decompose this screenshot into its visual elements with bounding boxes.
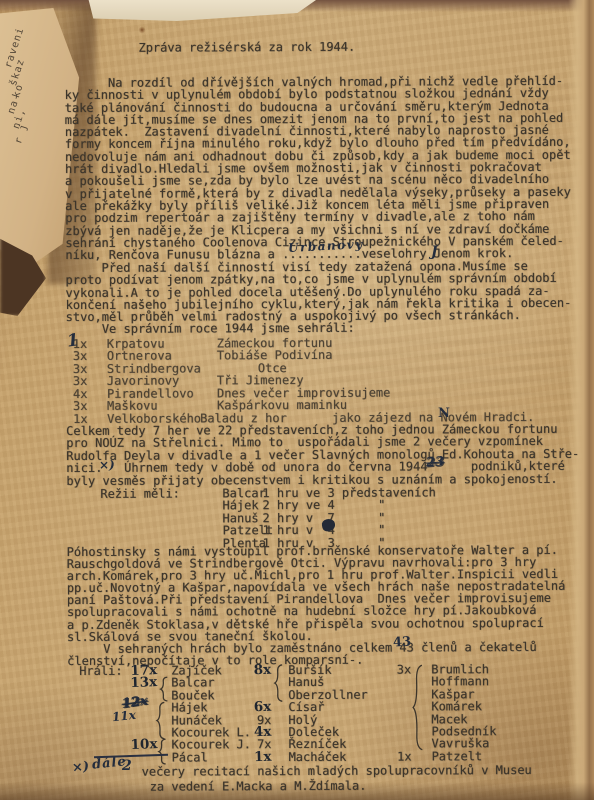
director-name: Hájek <box>222 500 258 512</box>
director-row: Patzelt 1 hru v 4 " <box>67 525 110 538</box>
actor-name: Oberzollner <box>288 688 368 700</box>
actor-name: Kocourek J. <box>171 739 251 751</box>
actor-name: Císař <box>288 701 324 713</box>
footnote-line-1: večery recitací našich mladých spoluprac… <box>142 763 532 779</box>
ink-corrected-count: 1 <box>66 330 80 351</box>
ink-overwritten-letter: N <box>438 406 450 421</box>
play-count: 3x <box>73 350 88 362</box>
ink-footnote-reference: ×) <box>99 458 115 472</box>
actor-name: Hunáček <box>171 714 222 726</box>
directors-table: Režii měli: Balcar 1 hru ve 3 představen… <box>66 488 110 550</box>
summary-paragraph: Celkem tedy 7 her ve 22 představeních,z … <box>66 423 579 487</box>
ink-overwritten-number: 43 <box>393 635 412 651</box>
paragraph-1: Na rozdíl od dřívějších valných hromad,p… <box>65 75 572 262</box>
ink-corrected-number: 23 <box>425 454 444 470</box>
play-author: Javorinovy <box>107 375 179 387</box>
ink-overwritten-number: 2 <box>122 758 132 774</box>
actor-name: Hoffmann <box>431 676 489 688</box>
actor-count: 3x <box>387 664 411 676</box>
play-title: Tři Jimenezy <box>217 374 304 386</box>
actor-name: Pácal <box>172 751 208 763</box>
actor-name: Řezníček <box>288 738 346 750</box>
play-count: 4x <box>73 388 88 400</box>
ink-corrected-count: 11x <box>111 708 136 724</box>
play-count: 3x <box>73 363 88 375</box>
play-count: 3x <box>73 375 88 387</box>
actor-name: Komárek <box>431 700 482 712</box>
actor-name: Patzelt <box>432 750 483 762</box>
directors-label: Režii měli: <box>100 488 180 500</box>
actor-name: Hájek <box>171 702 207 714</box>
director-row: Režii měli: Balcar 1 hru ve 3 představen… <box>66 488 109 501</box>
typed-report: Zpráva režisérská za rok 1944. Na rozdíl… <box>0 0 594 800</box>
play-title: Tobiáše Podivína <box>217 349 333 362</box>
play-author: Ortnerova <box>107 350 172 362</box>
footnote-line-2: za vedení E.Macka a M.Ždímala. <box>150 779 367 794</box>
play-author: Krpatovu <box>107 338 165 350</box>
play-count: 1x <box>73 413 88 425</box>
collaborators-paragraph: Póhostinsky s námi vystoupil prof.brněns… <box>67 544 566 667</box>
actors-label: Hráli: <box>79 665 122 677</box>
actor-name: Macháček <box>289 751 347 763</box>
actor-row: Pácal 1x Macháček 1x Patzelt <box>68 749 588 764</box>
report-title: Zpráva režisérská za rok 1944. <box>138 40 355 55</box>
actor-name: Hanuš <box>288 676 324 688</box>
book-photo: { "colors":{"paper":"#cbaa77","typed_ink… <box>0 0 594 800</box>
ink-overwritten-letter: J <box>431 244 438 260</box>
actor-count: 1x <box>388 750 412 762</box>
play-title: Kašpárkovu maminku <box>217 399 347 412</box>
director-row: Hanuš 2 hry v 7 " <box>66 513 109 526</box>
play-row: 3x Javorinovy Tři Jimenezy <box>66 375 109 388</box>
director-row: Hájek 2 hry ve 4 " <box>66 500 109 513</box>
play-author: Maškovu <box>107 400 158 412</box>
actor-count: 1x <box>243 750 272 765</box>
report-line: Ve správním roce 1944 jsme sehráli: <box>66 321 572 336</box>
play-row: 3x Maškovu Kašpárkovu maminku <box>66 400 109 413</box>
ink-footnote-marker: ×) <box>71 759 89 775</box>
paragraph-2: Před naší další činností visí tedy zataž… <box>65 260 571 336</box>
actors-columns: Hráli: 17x Zajíček 8x Buršík 3x Brumlich… <box>67 663 587 764</box>
play-count: 3x <box>73 400 88 412</box>
actor-name: Vavruška <box>431 738 489 750</box>
actor-name: Balcar <box>171 677 214 689</box>
actor-name: Holý <box>288 713 317 725</box>
actor-name: Macek <box>431 713 467 725</box>
